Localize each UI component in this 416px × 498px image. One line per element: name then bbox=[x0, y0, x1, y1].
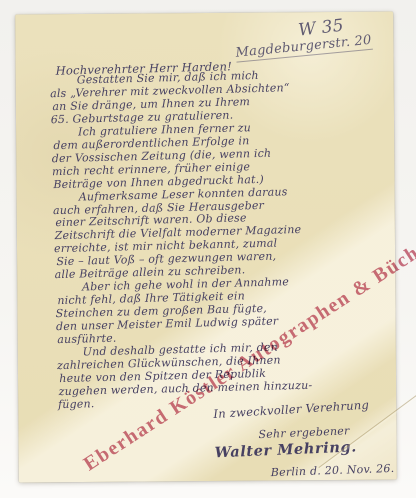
letter-paper: W 35 Magdeburgerstr. 20 Hochverehrter He… bbox=[15, 12, 397, 483]
letter-body: Gestatten Sie mir, daß ich mich als „Ver… bbox=[50, 67, 378, 412]
signature: Walter Mehring. bbox=[214, 438, 357, 461]
dateline: Berlin d. 20. Nov. 26. bbox=[271, 462, 395, 479]
scanned-letter: W 35 Magdeburgerstr. 20 Hochverehrter He… bbox=[0, 0, 416, 498]
